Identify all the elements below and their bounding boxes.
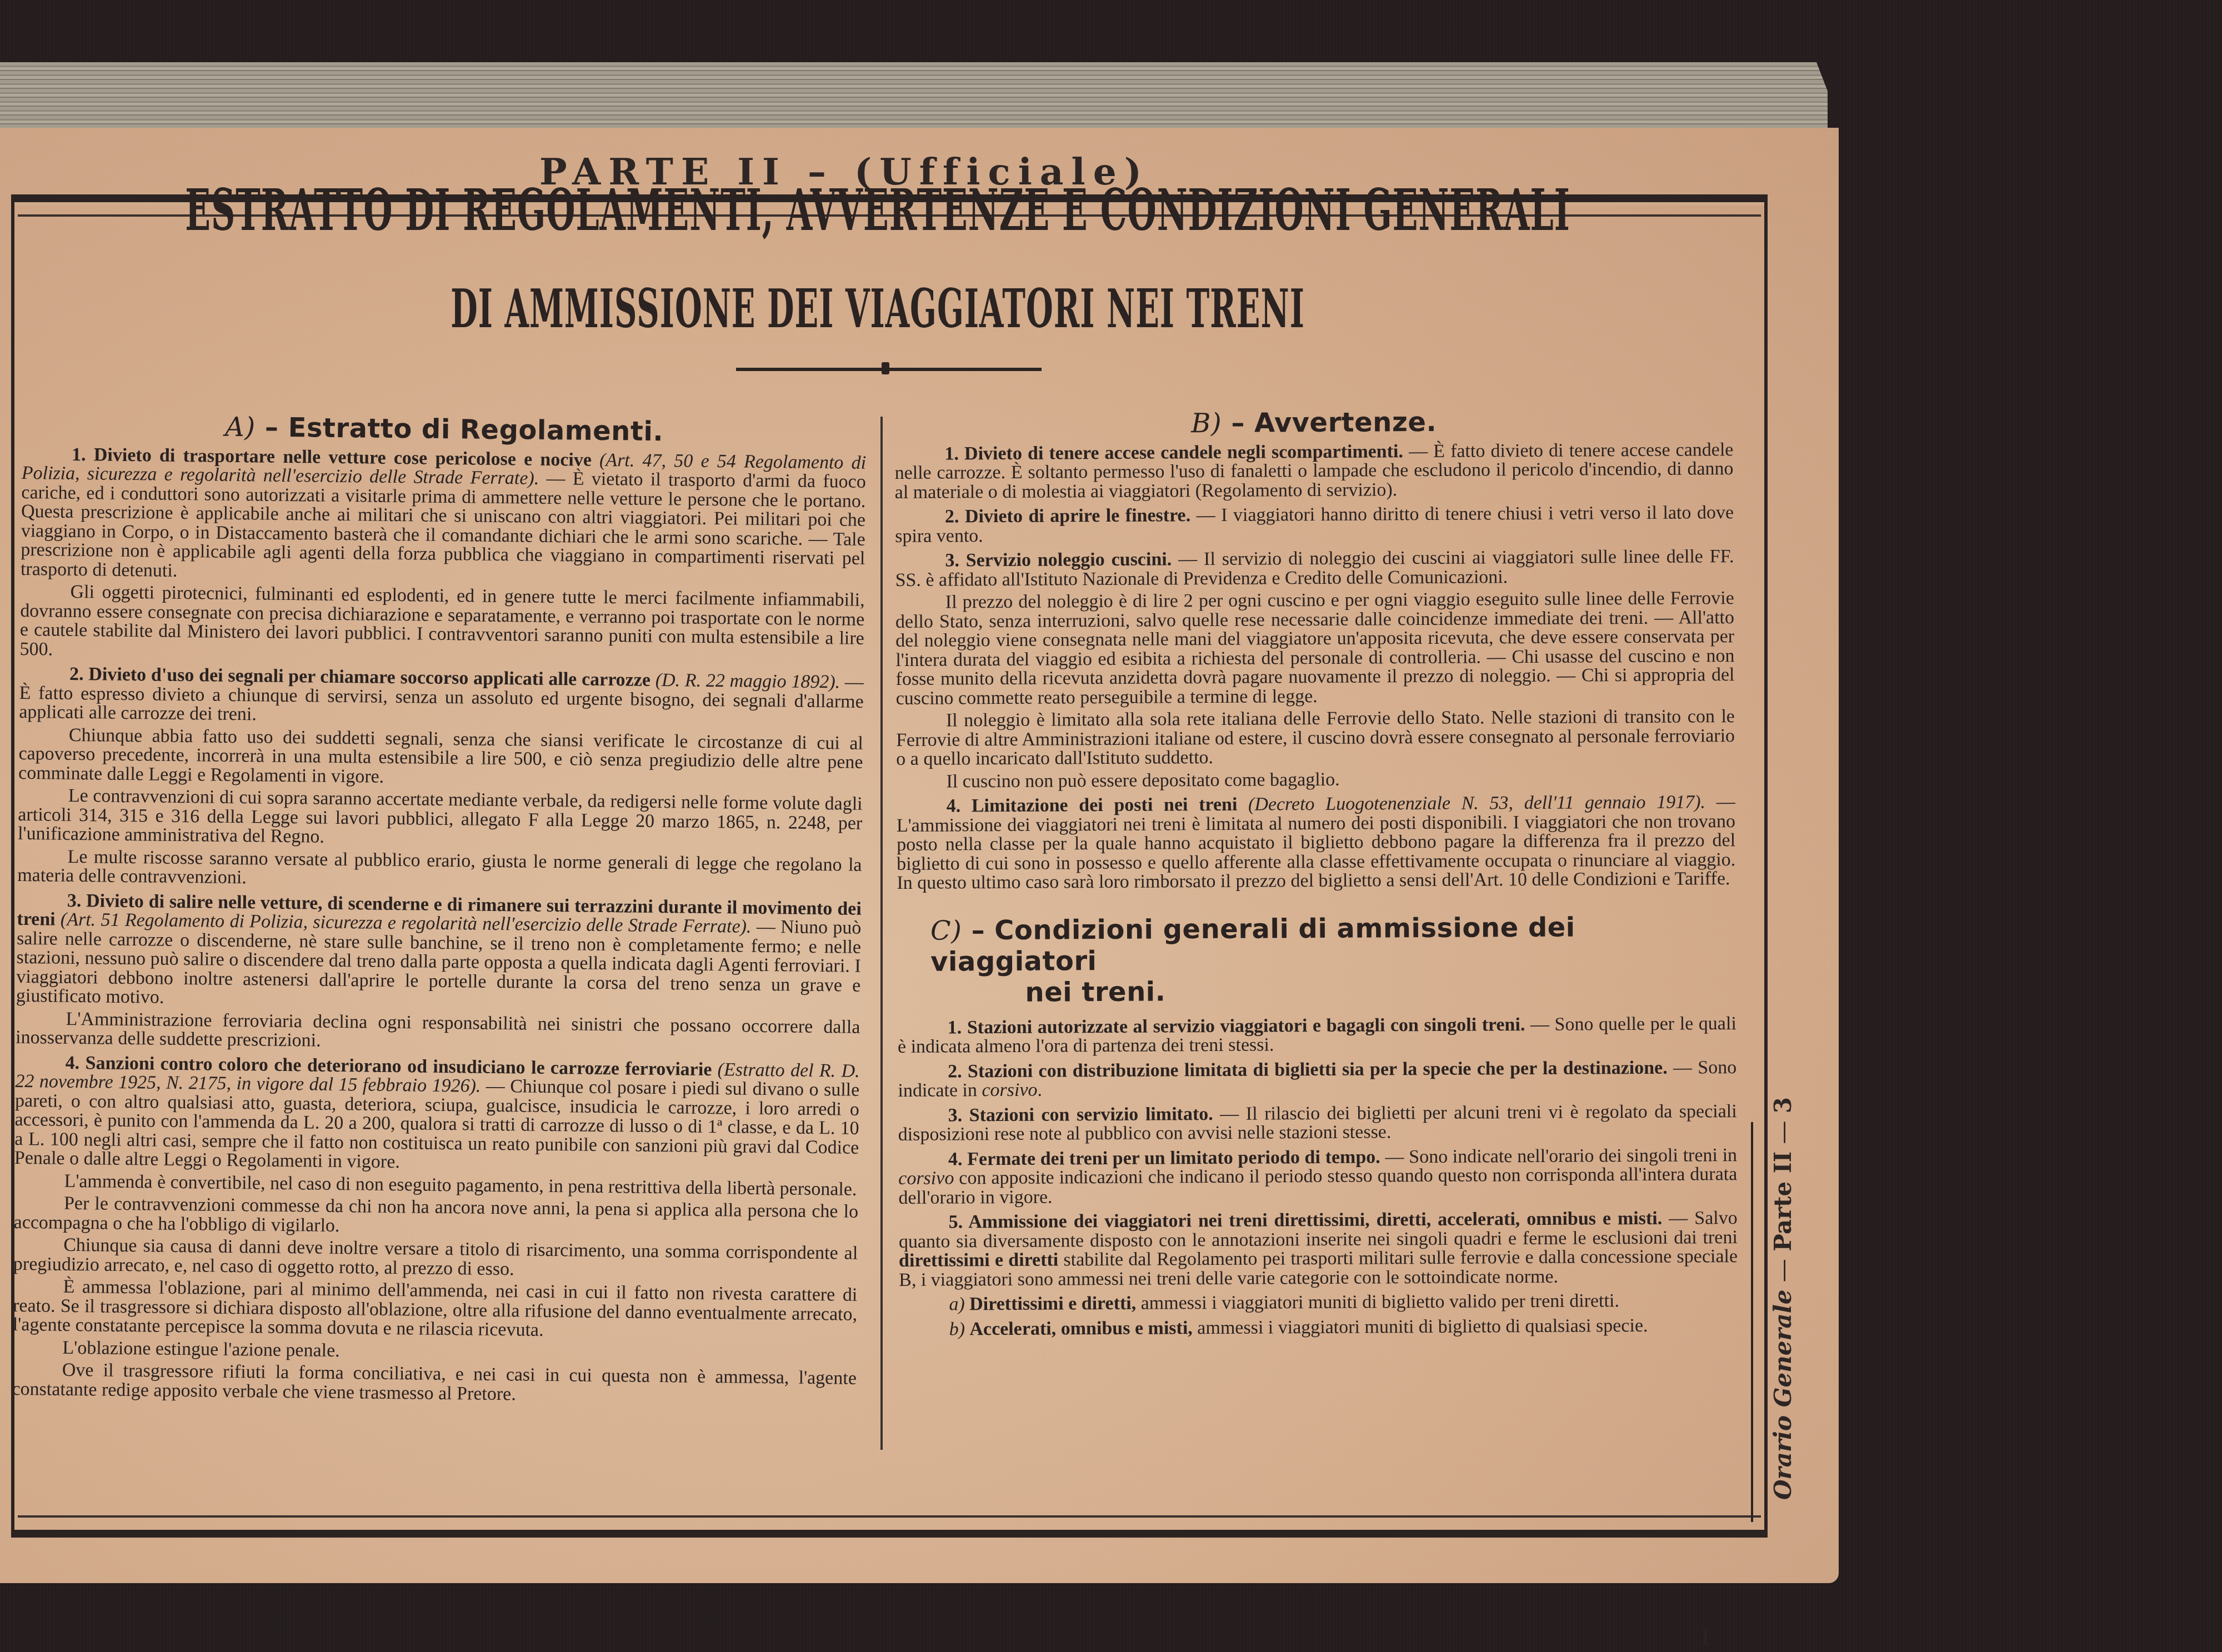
item-heading: 4. Limitazione dei posti nei treni bbox=[947, 794, 1238, 817]
section-c-item-5: 5. Ammissione dei viaggiatori nei treni … bbox=[899, 1209, 1738, 1339]
section-a-item-1: 1. Divieto di trasportare nelle vetture … bbox=[19, 444, 866, 667]
side-label-sep: — bbox=[1769, 1113, 1796, 1152]
item-body-end: . bbox=[1037, 1080, 1042, 1100]
side-label-part: Parte II bbox=[1769, 1152, 1796, 1251]
item-paragraph: È ammessa l'oblazione, pari al minimo de… bbox=[13, 1277, 858, 1343]
section-c-heading: C) – Condizioni generali di ammissione d… bbox=[897, 911, 1736, 1009]
sub-item-label: a) bbox=[949, 1294, 965, 1314]
item-heading: 3. Servizio noleggio cuscini. bbox=[945, 549, 1172, 570]
section-a-title: – Estratto di Regolamenti. bbox=[255, 412, 663, 447]
section-a-letter: A) bbox=[225, 412, 256, 443]
column-right: B) – Avvertenze. 1. Divieto di tenere ac… bbox=[894, 407, 1738, 1343]
document-page: PARTE II – (Ufficiale) ESTRATTO DI REGOL… bbox=[0, 128, 1839, 1583]
section-b-heading: B) – Avvertenze. bbox=[894, 411, 1733, 434]
item-paragraph: Ove il trasgressore rifiuti la forma con… bbox=[12, 1360, 857, 1408]
item-body-end: con apposite indicazioni che indicano il… bbox=[898, 1164, 1737, 1208]
item-paragraph: Il prezzo del noleggio è di lire 2 per o… bbox=[895, 589, 1735, 708]
item-paragraph: Chiunque sia causa di danni deve inoltre… bbox=[13, 1235, 858, 1283]
section-c-item-1: 1. Stazioni autorizzate al servizio viag… bbox=[898, 1014, 1736, 1057]
page-stack-edge bbox=[0, 62, 1828, 134]
section-b-letter: B) bbox=[1191, 408, 1222, 439]
section-b-item-2: 2. Divieto di aprire le finestre. — I vi… bbox=[895, 503, 1734, 546]
section-c-letter: C) bbox=[930, 915, 962, 946]
item-paragraph: Il cuscino non può essere depositato com… bbox=[896, 768, 1735, 792]
item-paragraph: L'Amministrazione ferroviaria declina og… bbox=[16, 1009, 860, 1056]
section-c-title: – Condizioni generali di ammissione dei … bbox=[930, 912, 1575, 977]
sub-item-heading: Accelerati, omnibus e misti, bbox=[969, 1318, 1193, 1339]
item-body-italic: corsivo bbox=[898, 1168, 954, 1189]
main-title: ESTRATTO DI REGOLAMENTI, AVVERTENZE E CO… bbox=[22, 178, 1733, 340]
item-body-bold: direttissimi e diretti bbox=[899, 1249, 1058, 1271]
section-b-title: – Avvertenze. bbox=[1222, 407, 1437, 439]
main-title-line-1: ESTRATTO DI REGOLAMENTI, AVVERTENZE E CO… bbox=[22, 178, 1733, 244]
title-ornament-rule bbox=[736, 368, 1042, 371]
side-label-title: Orario Generale bbox=[1769, 1289, 1796, 1500]
item-body-italic: corsivo bbox=[982, 1080, 1037, 1101]
section-a-heading: A) – Estratto di Regolamenti. bbox=[22, 415, 867, 443]
section-c-title-cont: nei treni. bbox=[930, 973, 1736, 1009]
item-paragraph: Chiunque abbia fatto uso dei suddetti se… bbox=[18, 725, 863, 791]
item-heading: 2. Divieto di aprire le finestre. bbox=[945, 505, 1190, 527]
sub-item-body: ammessi i viaggiatori muniti di bigliett… bbox=[1193, 1315, 1648, 1338]
item-heading: 1. Stazioni autorizzate al servizio viag… bbox=[948, 1014, 1525, 1038]
column-left: A) – Estratto di Regolamenti. 1. Divieto… bbox=[12, 411, 867, 1411]
section-a-item-3: 3. Divieto di salire nelle vetture, di s… bbox=[16, 890, 862, 1056]
section-c-item-4: 4. Fermate dei treni per un limitato per… bbox=[898, 1146, 1738, 1208]
section-b-item-3: 3. Servizio noleggio cuscini. — Il servi… bbox=[895, 547, 1735, 792]
main-title-line-2: DI AMMISSIONE DEI VIAGGIATORI NEI TRENI bbox=[22, 278, 1733, 340]
side-rule bbox=[1751, 1122, 1753, 1522]
page-number: 1 bbox=[1697, 1625, 1713, 1651]
side-running-title: Orario Generale — Parte II — 3 bbox=[1769, 1067, 1796, 1500]
item-heading: 3. Stazioni con servizio limitato. bbox=[948, 1104, 1213, 1125]
sub-item-label: b) bbox=[949, 1319, 965, 1339]
item-paragraph: Per le contravvenzioni commesse da chi n… bbox=[14, 1194, 859, 1241]
column-divider bbox=[880, 417, 883, 1450]
section-c-item-3: 3. Stazioni con servizio limitato. — Il … bbox=[898, 1102, 1737, 1145]
side-label-sep: — bbox=[1769, 1251, 1796, 1290]
section-c-item-2: 2. Stazioni con distribuzione limitata d… bbox=[898, 1058, 1736, 1101]
sub-item-heading: Direttissimi e diretti, bbox=[969, 1293, 1136, 1315]
item-paragraph: Le multe riscosse saranno versate al pub… bbox=[17, 847, 862, 894]
sub-item-body: ammessi i viaggiatori muniti di bigliett… bbox=[1136, 1290, 1619, 1314]
section-a-item-4: 4. Sanzioni contro coloro che deterioran… bbox=[12, 1053, 859, 1407]
item-paragraph: Il noleggio è limitato alla sola rete it… bbox=[896, 707, 1735, 769]
section-b-item-1: 1. Divieto di tenere accese candele negl… bbox=[894, 440, 1734, 502]
item-heading: 2. Stazioni con distribuzione limitata d… bbox=[948, 1057, 1668, 1082]
section-b-item-4: 4. Limitazione dei posti nei treni (Decr… bbox=[897, 793, 1736, 893]
item-paragraph: Le contravvenzioni di cui sopra saranno … bbox=[18, 786, 863, 852]
section-a-item-2: 2. Divieto d'uso dei segnali per chiamar… bbox=[17, 664, 864, 894]
sub-item-b: b) Accelerati, omnibus e misti, ammessi … bbox=[899, 1316, 1738, 1339]
item-paragraph: Gli oggetti pirotecnici, fulminanti ed e… bbox=[19, 582, 864, 668]
sub-item-a: a) Direttissimi e diretti, ammessi i via… bbox=[899, 1291, 1738, 1314]
side-label-number: 3 bbox=[1769, 1097, 1796, 1113]
